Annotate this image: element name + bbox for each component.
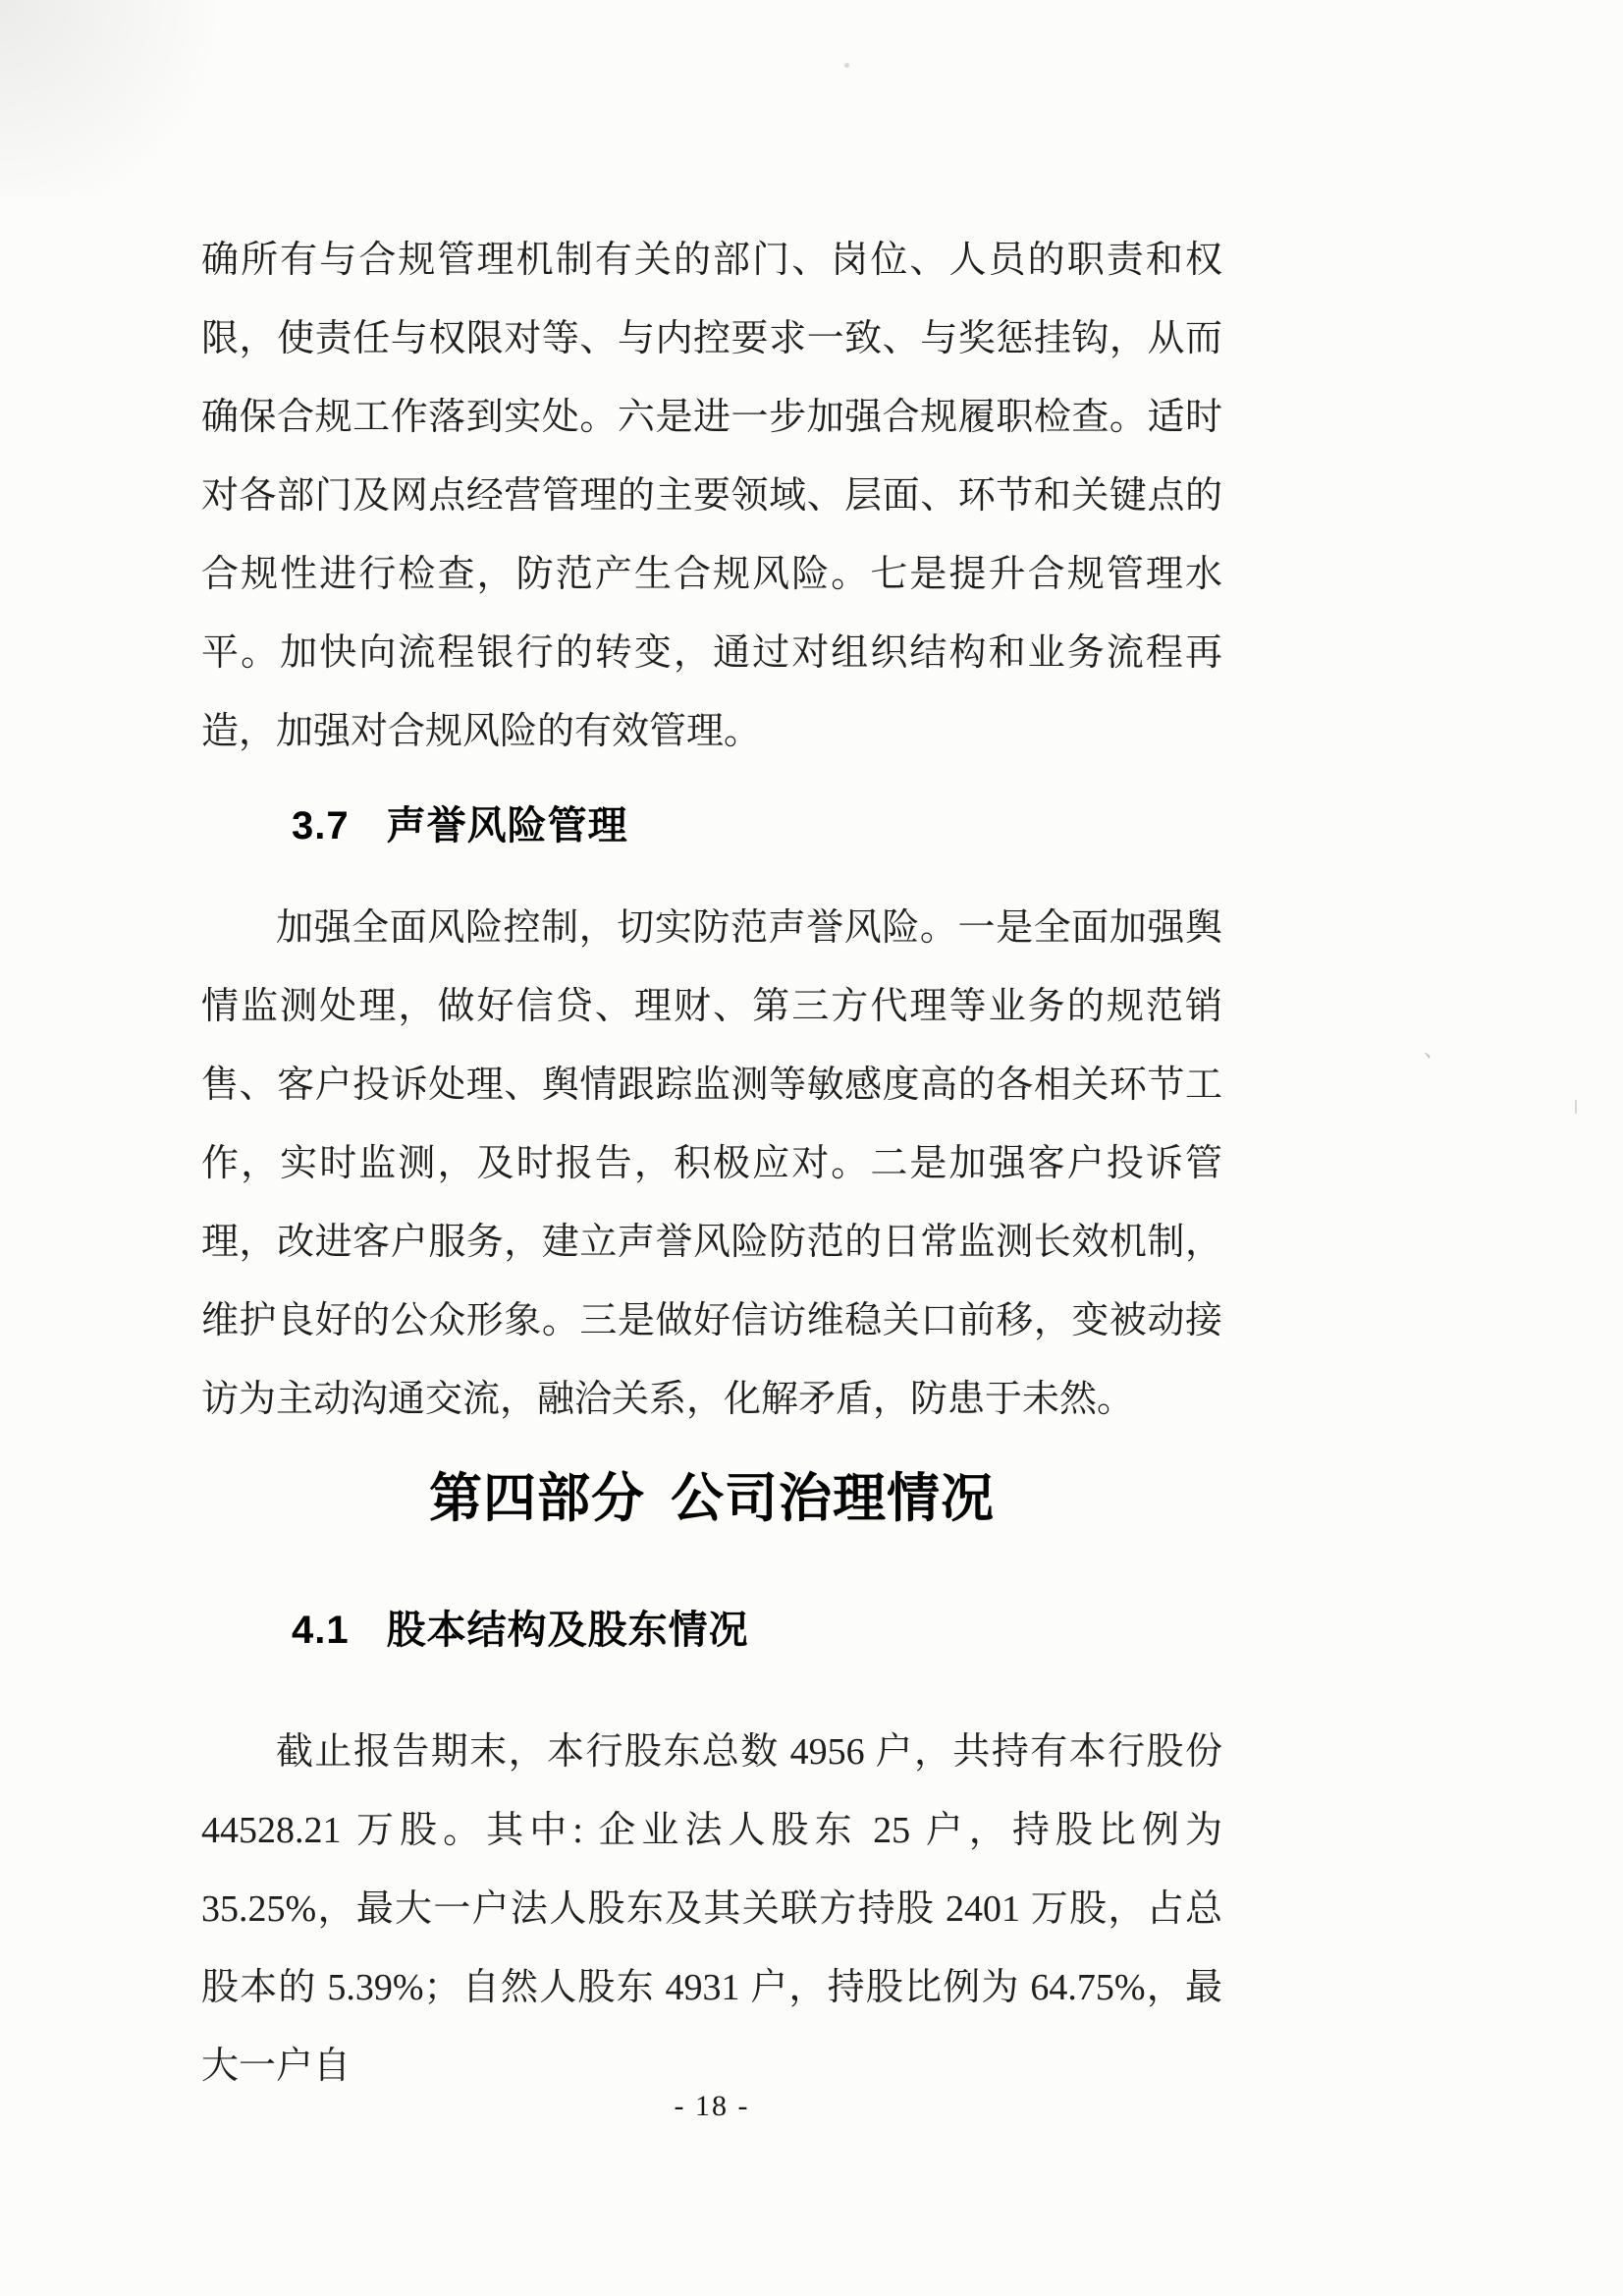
part-number-label: 第四部分: [429, 1469, 645, 1528]
section-title-reputation-risk: 声誉风险管理: [387, 804, 628, 847]
document-page: 确所有与合规管理机制有关的部门、岗位、人员的职责和权限，使责任与权限对等、与内控…: [0, 0, 1623, 2296]
scan-artifact: [1575, 1100, 1583, 1114]
page-number: - 18 -: [201, 2090, 1222, 2123]
section-heading-3-7: 3.7声誉风险管理: [201, 798, 1222, 853]
scan-artifact: 、: [1424, 1033, 1445, 1064]
section-heading-4-1: 4.1股本结构及股东情况: [201, 1603, 1222, 1658]
part-title-corporate-governance: 公司治理情况: [671, 1469, 995, 1528]
part-heading-4: 第四部分公司治理情况: [201, 1463, 1222, 1534]
paragraph-reputation-risk: 加强全面风险控制，切实防范声誉风险。一是全面加强舆情监测处理，做好信贷、理财、第…: [201, 889, 1222, 1439]
section-number-3-7: 3.7: [292, 804, 350, 847]
scan-shadow: [0, 0, 255, 196]
section-number-4-1: 4.1: [292, 1609, 350, 1652]
page-body: 确所有与合规管理机制有关的部门、岗位、人员的职责和权限，使责任与权限对等、与内控…: [201, 221, 1222, 2105]
paragraph-compliance-continuation: 确所有与合规管理机制有关的部门、岗位、人员的职责和权限，使责任与权限对等、与内控…: [201, 221, 1222, 771]
scan-artifact: [844, 63, 849, 68]
paragraph-shareholders: 截止报告期末，本行股东总数 4956 户，共持有本行股份 44528.21 万股…: [201, 1713, 1222, 2105]
section-title-share-structure: 股本结构及股东情况: [387, 1609, 749, 1652]
